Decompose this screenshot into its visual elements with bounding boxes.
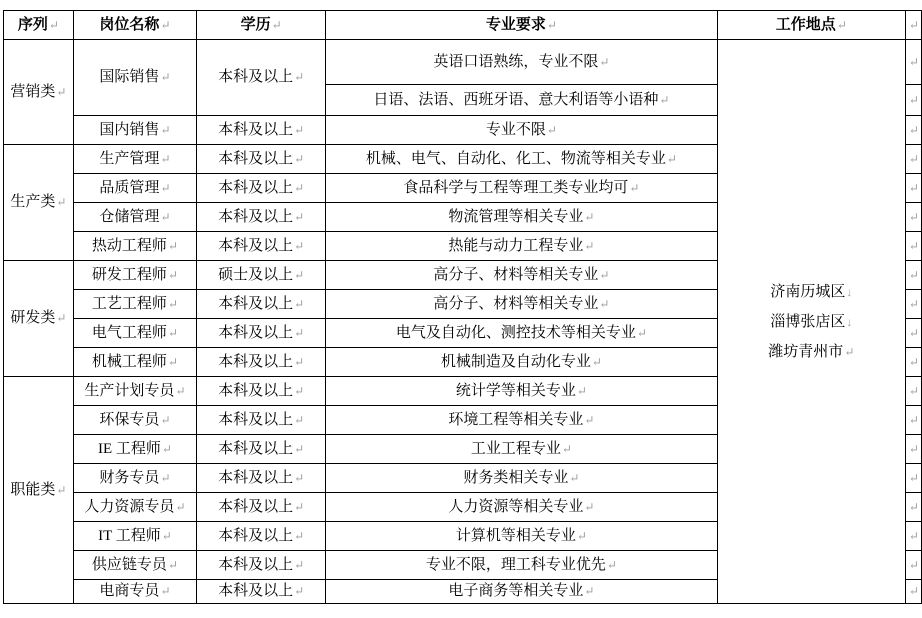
- row-end-cell: ↵: [905, 319, 921, 348]
- position-cell: 人力资源专员↵: [73, 493, 196, 522]
- paragraph-mark-icon: ↵: [293, 70, 304, 84]
- position-cell: 热动工程师↵: [73, 232, 196, 261]
- requirement-cell: 环境工程等相关专业↵: [326, 406, 718, 435]
- requirement-cell: 高分子、材料等相关专业↵: [326, 290, 718, 319]
- position-cell: 生产计划专员↵: [73, 377, 196, 406]
- paragraph-mark-icon: ↵: [546, 18, 557, 32]
- category-cell: 生产类↵: [4, 145, 74, 261]
- paragraph-mark-icon: ↵: [293, 355, 304, 369]
- col-header-major-requirement: 专业要求↵: [326, 11, 718, 40]
- row-end-cell: ↵: [905, 11, 921, 40]
- paragraph-mark-icon: ↵: [55, 85, 66, 99]
- row-end-cell: ↵: [905, 551, 921, 580]
- row-end-mark-icon: ↵: [908, 93, 919, 107]
- row-end-cell: ↵: [905, 116, 921, 145]
- col-header-position: 岗位名称↵: [73, 11, 196, 40]
- row-end-mark-icon: ↵: [908, 500, 919, 514]
- paragraph-mark-icon: ↵: [167, 239, 178, 253]
- paragraph-mark-icon: ↵: [167, 558, 178, 572]
- education-cell: 本科及以上↵: [197, 348, 326, 377]
- education-cell: 本科及以上↵: [197, 551, 326, 580]
- position-cell: 电气工程师↵: [73, 319, 196, 348]
- education-cell: 本科及以上↵: [197, 406, 326, 435]
- paragraph-mark-icon: ↵: [606, 558, 617, 572]
- paragraph-mark-icon: ↵: [159, 210, 170, 224]
- paragraph-mark-icon: ↵: [293, 239, 304, 253]
- line-break-arrow-icon: ↓: [845, 285, 852, 299]
- row-end-mark-icon: ↵: [908, 529, 919, 543]
- paragraph-mark-icon: ↵: [583, 584, 594, 598]
- paragraph-mark-icon: ↵: [598, 268, 609, 282]
- education-cell: 本科及以上↵: [197, 319, 326, 348]
- paragraph-mark-icon: ↵: [666, 152, 677, 166]
- paragraph-mark-icon: ↵: [293, 584, 304, 598]
- row-end-cell: ↵: [905, 464, 921, 493]
- job-table: 序列↵ 岗位名称↵ 学历↵ 专业要求↵ 工作地点↵ ↵ 营销类↵ 国际销售↵ 本…: [3, 10, 922, 604]
- col-header-education: 学历↵: [197, 11, 326, 40]
- row-end-mark-icon: ↵: [908, 384, 919, 398]
- paragraph-mark-icon: ↵: [843, 345, 854, 359]
- row-end-cell: ↵: [905, 85, 921, 116]
- paragraph-mark-icon: ↵: [159, 413, 170, 427]
- position-cell: IE 工程师↵: [73, 435, 196, 464]
- paragraph-mark-icon: ↵: [583, 239, 594, 253]
- position-cell: 财务专员↵: [73, 464, 196, 493]
- paragraph-mark-icon: ↵: [293, 413, 304, 427]
- paragraph-mark-icon: ↵: [576, 529, 587, 543]
- row-end-mark-icon: ↵: [908, 123, 919, 137]
- education-cell: 硕士及以上↵: [197, 261, 326, 290]
- education-cell: 本科及以上↵: [197, 174, 326, 203]
- paragraph-mark-icon: ↵: [293, 500, 304, 514]
- education-cell: 本科及以上↵: [197, 464, 326, 493]
- paragraph-mark-icon: ↵: [159, 181, 170, 195]
- row-end-mark-icon: ↵: [908, 239, 919, 253]
- row-end-mark-icon: ↵: [908, 55, 919, 69]
- education-cell: 本科及以上↵: [197, 377, 326, 406]
- paragraph-mark-icon: ↵: [293, 181, 304, 195]
- paragraph-mark-icon: ↵: [293, 529, 304, 543]
- paragraph-mark-icon: ↵: [159, 471, 170, 485]
- position-cell: 品质管理↵: [73, 174, 196, 203]
- requirement-cell: 工业工程专业↵: [326, 435, 718, 464]
- paragraph-mark-icon: ↵: [583, 500, 594, 514]
- category-cell: 营销类↵: [4, 40, 74, 145]
- col-header-sequence: 序列↵: [4, 11, 74, 40]
- requirement-cell: 专业不限，理工科专业优先↵: [326, 551, 718, 580]
- requirement-cell: 专业不限↵: [326, 116, 718, 145]
- paragraph-mark-icon: ↵: [658, 93, 669, 107]
- position-cell: 工艺工程师↵: [73, 290, 196, 319]
- position-cell: 研发工程师↵: [73, 261, 196, 290]
- location-line: 济南历城区↓: [720, 277, 903, 307]
- row-end-mark-icon: ↵: [908, 558, 919, 572]
- position-cell: 机械工程师↵: [73, 348, 196, 377]
- paragraph-mark-icon: ↵: [836, 18, 847, 32]
- location-line: 淄博张店区↓: [720, 307, 903, 337]
- row-end-cell: ↵: [905, 580, 921, 604]
- row-end-cell: ↵: [905, 522, 921, 551]
- paragraph-mark-icon: ↵: [293, 210, 304, 224]
- paragraph-mark-icon: ↵: [159, 123, 170, 137]
- requirement-cell: 食品科学与工程等理工类专业均可↵: [326, 174, 718, 203]
- paragraph-mark-icon: ↵: [583, 210, 594, 224]
- category-cell: 职能类↵: [4, 377, 74, 604]
- paragraph-mark-icon: ↵: [174, 500, 185, 514]
- education-cell: 本科及以上↵: [197, 493, 326, 522]
- line-break-arrow-icon: ↓: [845, 315, 852, 329]
- paragraph-mark-icon: ↵: [167, 355, 178, 369]
- education-cell: 本科及以上↵: [197, 145, 326, 174]
- education-cell: 本科及以上↵: [197, 232, 326, 261]
- paragraph-mark-icon: ↵: [161, 529, 172, 543]
- paragraph-mark-icon: ↵: [55, 311, 66, 325]
- row-end-mark-icon: ↵: [908, 18, 919, 32]
- paragraph-mark-icon: ↵: [636, 326, 647, 340]
- paragraph-mark-icon: ↵: [293, 558, 304, 572]
- paragraph-mark-icon: ↵: [598, 55, 609, 69]
- requirement-cell: 英语口语熟练，专业不限↵: [326, 40, 718, 85]
- paragraph-mark-icon: ↵: [568, 471, 579, 485]
- requirement-cell: 统计学等相关专业↵: [326, 377, 718, 406]
- education-cell: 本科及以上↵: [197, 40, 326, 116]
- row-end-cell: ↵: [905, 40, 921, 85]
- paragraph-mark-icon: ↵: [598, 297, 609, 311]
- location-cell: 济南历城区↓ 淄博张店区↓ 潍坊青州市↵: [717, 40, 905, 604]
- row-end-cell: ↵: [905, 261, 921, 290]
- requirement-cell: 电气及自动化、测控技术等相关专业↵: [326, 319, 718, 348]
- paragraph-mark-icon: ↵: [293, 442, 304, 456]
- paragraph-mark-icon: ↵: [293, 297, 304, 311]
- requirement-cell: 机械、电气、自动化、化工、物流等相关专业↵: [326, 145, 718, 174]
- row-end-mark-icon: ↵: [908, 442, 919, 456]
- paragraph-mark-icon: ↵: [546, 123, 557, 137]
- col-header-work-location: 工作地点↵: [717, 11, 905, 40]
- table-header-row: 序列↵ 岗位名称↵ 学历↵ 专业要求↵ 工作地点↵ ↵: [4, 11, 922, 40]
- paragraph-mark-icon: ↵: [561, 442, 572, 456]
- requirement-cell: 财务类相关专业↵: [326, 464, 718, 493]
- paragraph-mark-icon: ↵: [628, 181, 639, 195]
- requirement-cell: 物流管理等相关专业↵: [326, 203, 718, 232]
- paragraph-mark-icon: ↵: [293, 384, 304, 398]
- row-end-mark-icon: ↵: [908, 584, 919, 598]
- paragraph-mark-icon: ↵: [174, 384, 185, 398]
- row-end-mark-icon: ↵: [908, 471, 919, 485]
- position-cell: IT 工程师↵: [73, 522, 196, 551]
- location-line: 潍坊青州市↵: [720, 337, 903, 367]
- row-end-cell: ↵: [905, 377, 921, 406]
- paragraph-mark-icon: ↵: [293, 268, 304, 282]
- row-end-mark-icon: ↵: [908, 181, 919, 195]
- row-end-cell: ↵: [905, 435, 921, 464]
- category-cell: 研发类↵: [4, 261, 74, 377]
- position-cell: 国内销售↵: [73, 116, 196, 145]
- paragraph-mark-icon: ↵: [583, 413, 594, 427]
- row-end-cell: ↵: [905, 145, 921, 174]
- position-cell: 供应链专员↵: [73, 551, 196, 580]
- position-cell: 环保专员↵: [73, 406, 196, 435]
- row-end-cell: ↵: [905, 174, 921, 203]
- paragraph-mark-icon: ↵: [55, 483, 66, 497]
- row-end-mark-icon: ↵: [908, 326, 919, 340]
- row-end-cell: ↵: [905, 203, 921, 232]
- education-cell: 本科及以上↵: [197, 116, 326, 145]
- paragraph-mark-icon: ↵: [576, 384, 587, 398]
- paragraph-mark-icon: ↵: [293, 326, 304, 340]
- paragraph-mark-icon: ↵: [48, 18, 59, 32]
- row-end-mark-icon: ↵: [908, 152, 919, 166]
- paragraph-mark-icon: ↵: [159, 152, 170, 166]
- row-end-mark-icon: ↵: [908, 210, 919, 224]
- requirement-cell: 日语、法语、西班牙语、意大利语等小语种↵: [326, 85, 718, 116]
- row-end-cell: ↵: [905, 348, 921, 377]
- row-end-cell: ↵: [905, 290, 921, 319]
- row-end-cell: ↵: [905, 493, 921, 522]
- requirement-cell: 人力资源等相关专业↵: [326, 493, 718, 522]
- paragraph-mark-icon: ↵: [159, 584, 170, 598]
- paragraph-mark-icon: ↵: [167, 326, 178, 340]
- paragraph-mark-icon: ↵: [293, 471, 304, 485]
- row-end-cell: ↵: [905, 232, 921, 261]
- paragraph-mark-icon: ↵: [159, 70, 170, 84]
- position-cell: 生产管理↵: [73, 145, 196, 174]
- education-cell: 本科及以上↵: [197, 435, 326, 464]
- row-end-mark-icon: ↵: [908, 297, 919, 311]
- requirement-cell: 热能与动力工程专业↵: [326, 232, 718, 261]
- row-end-cell: ↵: [905, 406, 921, 435]
- education-cell: 本科及以上↵: [197, 522, 326, 551]
- paragraph-mark-icon: ↵: [293, 152, 304, 166]
- position-cell: 仓储管理↵: [73, 203, 196, 232]
- paragraph-mark-icon: ↵: [161, 442, 172, 456]
- education-cell: 本科及以上↵: [197, 290, 326, 319]
- position-cell: 国际销售↵: [73, 40, 196, 116]
- row-end-mark-icon: ↵: [908, 355, 919, 369]
- paragraph-mark-icon: ↵: [271, 18, 282, 32]
- paragraph-mark-icon: ↵: [293, 123, 304, 137]
- paragraph-mark-icon: ↵: [167, 297, 178, 311]
- requirement-cell: 高分子、材料等相关专业↵: [326, 261, 718, 290]
- position-cell: 电商专员↵: [73, 580, 196, 604]
- education-cell: 本科及以上↵: [197, 203, 326, 232]
- requirement-cell: 电子商务等相关专业↵: [326, 580, 718, 604]
- paragraph-mark-icon: ↵: [159, 18, 170, 32]
- table-row: 营销类↵ 国际销售↵ 本科及以上↵ 英语口语熟练，专业不限↵ 济南历城区↓ 淄博…: [4, 40, 922, 85]
- requirement-cell: 计算机等相关专业↵: [326, 522, 718, 551]
- row-end-mark-icon: ↵: [908, 268, 919, 282]
- paragraph-mark-icon: ↵: [591, 355, 602, 369]
- paragraph-mark-icon: ↵: [167, 268, 178, 282]
- paragraph-mark-icon: ↵: [55, 195, 66, 209]
- requirement-cell: 机械制造及自动化专业↵: [326, 348, 718, 377]
- row-end-mark-icon: ↵: [908, 413, 919, 427]
- education-cell: 本科及以上↵: [197, 580, 326, 604]
